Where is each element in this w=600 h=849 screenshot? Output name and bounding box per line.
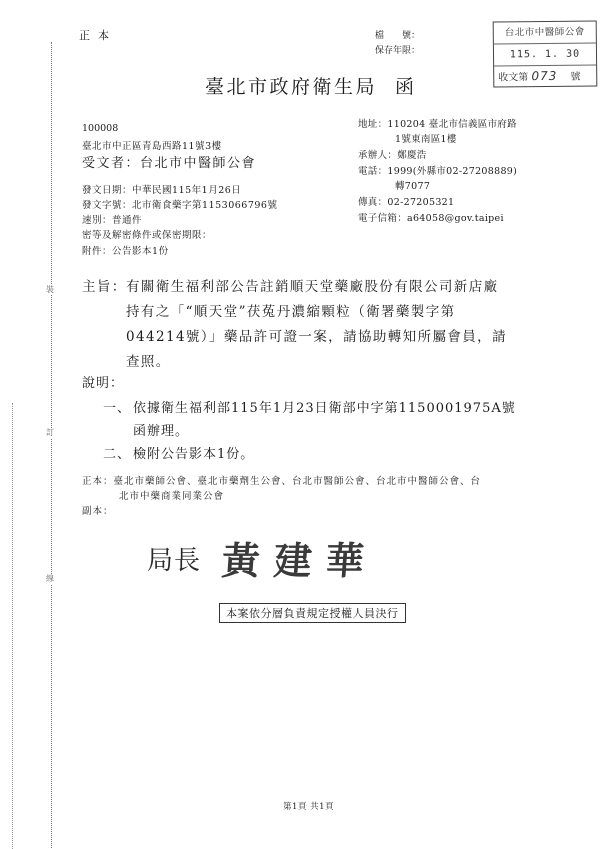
subject-label: 主旨： — [82, 275, 127, 300]
meta-urgency: 速別：普通件 — [82, 212, 142, 226]
distribution-original: 正本：臺北市藥師公會、臺北市藥劑生公會、台北市醫師公會、台北市中醫師公會、台 — [82, 473, 481, 487]
stamp-organization: 台北市中醫師公會 — [494, 21, 596, 44]
stamp-receipt-prefix: 收文第 — [498, 72, 528, 83]
binding-mark-zhuang: 裝 — [46, 285, 54, 295]
official-letter-page: 裝 訂 線 正本 檔 號： 保存年限： 台北市中醫師公會 115. 1. 30 … — [0, 0, 600, 849]
subject-line: 有關衛生福利部公告註銷順天堂藥廠股份有限公司新店廠 — [126, 275, 582, 300]
binding-mark-ding: 訂 — [46, 428, 54, 438]
stamp-receipt-number: 收文第 073 號 — [494, 65, 596, 88]
subject-section: 主旨： 有關衛生福利部公告註銷順天堂藥廠股份有限公司新店廠 持有之「“順天堂”茯… — [82, 275, 582, 375]
meta-value: 公告影本1份 — [112, 246, 169, 257]
meta-label: 密等及解密條件或保密期限 — [82, 230, 202, 241]
subject-line: 查照。 — [126, 350, 582, 375]
explanation-item-2-line1: 檢附公告影本1份。 — [133, 443, 254, 462]
explanation-item-1-index: 一、 — [103, 397, 131, 416]
contact-phone-line1: 電話：1999(外縣市02-27208889) — [358, 163, 517, 177]
explanation-item-2-index: 二、 — [103, 443, 131, 462]
copy-type-label: 正本 — [79, 27, 117, 43]
meta-value: 中華民國115年1月26日 — [132, 185, 241, 196]
stamp-receipt-suffix: 號 — [570, 72, 580, 83]
distribution-original-label: 正本： — [82, 476, 114, 487]
meta-attachment: 附件：公告影本1份 — [82, 243, 169, 257]
contact-email: 電子信箱：a64058@gov.taipei — [358, 210, 504, 224]
postal-code: 100008 — [82, 123, 118, 134]
scan-edge-line — [12, 403, 13, 849]
distribution-copy-label: 副本： — [82, 503, 114, 517]
meta-confidentiality: 密等及解密條件或保密期限： — [82, 227, 212, 241]
stamp-date: 115. 1. 30 — [494, 43, 596, 66]
meta-label: 發文日期 — [82, 185, 122, 196]
distribution-original-line1: 臺北市藥師公會、臺北市藥劑生公會、台北市醫師公會、台北市中醫師公會、台 — [114, 476, 482, 487]
contact-address-line1: 地址：110204 臺北市信義區市府路 — [358, 116, 517, 130]
receipt-stamp: 台北市中醫師公會 115. 1. 30 收文第 073 號 — [493, 20, 598, 87]
distribution-original-line2: 北市中藥商業同業公會 — [119, 488, 224, 502]
page-indicator: 第1頁 共1頁 — [283, 800, 334, 812]
delegation-stamp: 本案依分層負責規定授權人員決行 — [219, 603, 406, 623]
explanation-item-1-line1: 依據衛生福利部115年1月23日衛部中字第1150001975A號 — [133, 397, 516, 416]
contact-phone-line2: 轉7077 — [395, 178, 430, 192]
contact-handler: 承辦人：鄭慶浩 — [358, 147, 427, 161]
subject-line: 持有之「“順天堂”茯菟丹濃縮顆粒（衛署藥製字第 — [126, 300, 582, 325]
meta-label: 附件 — [82, 246, 102, 257]
explanation-label: 說明： — [82, 372, 124, 391]
document-title: 臺北市政府衛生局函 — [205, 72, 417, 99]
archive-number-label: 檔 號： — [375, 28, 420, 41]
signature-name-stamp: 黃建華 — [220, 530, 380, 585]
explanation-item-1-line2: 函辦理。 — [133, 420, 189, 439]
meta-value: 北市衛食藥字第1153066796號 — [132, 200, 277, 211]
binding-mark-xian: 線 — [46, 574, 54, 584]
recipient-address: 臺北市中正區青島西路11號3樓 — [82, 138, 222, 152]
meta-doc-number: 發文字號：北市衛食藥字第1153066796號 — [82, 197, 277, 211]
meta-label: 發文字號 — [82, 200, 122, 211]
contact-fax: 傳真：02-27205321 — [358, 194, 454, 208]
stamp-handwritten-number: 073 — [531, 69, 557, 83]
signature-title: 局長 — [147, 540, 201, 577]
contact-address-line2: 1號東南區1樓 — [395, 131, 457, 145]
meta-issue-date: 發文日期：中華民國115年1月26日 — [82, 182, 241, 196]
subject-line: 044214號）」藥品許可證一案，請協助轉知所屬會員，請 — [126, 325, 582, 350]
binding-line — [51, 42, 52, 849]
meta-label: 速別 — [82, 215, 102, 226]
subject-body: 有關衛生福利部公告註銷順天堂藥廠股份有限公司新店廠 持有之「“順天堂”茯菟丹濃縮… — [126, 275, 582, 375]
recipient: 受文者：台北市中醫師公會 — [82, 152, 256, 171]
document-type: 函 — [395, 76, 417, 98]
issuing-agency: 臺北市政府衛生局 — [205, 76, 377, 98]
meta-value: 普通件 — [112, 215, 142, 226]
retention-period-label: 保存年限： — [375, 43, 420, 56]
